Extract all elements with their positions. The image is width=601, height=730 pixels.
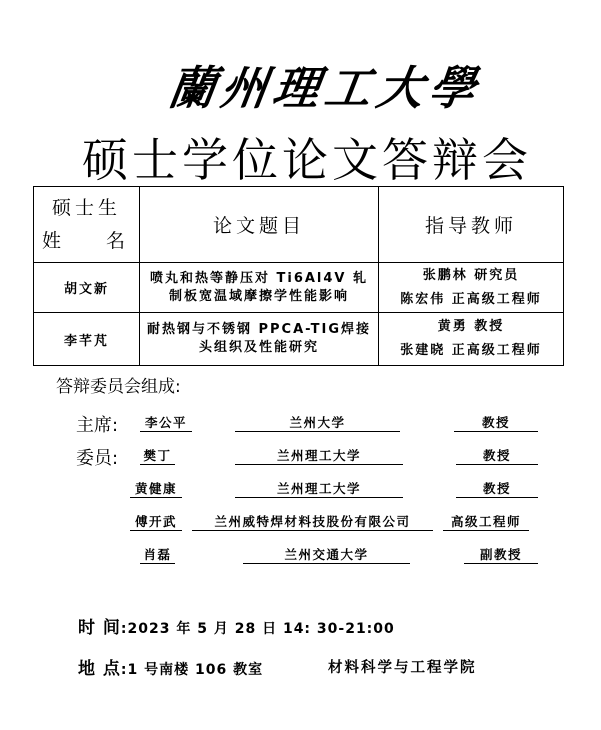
advisor-line2: 张建晓 正高级工程师 <box>379 339 563 363</box>
member-title: 教授 <box>456 481 538 498</box>
header-student-line2a: 姓 <box>42 225 65 258</box>
committee-heading: 答辩委员会组成: <box>56 372 181 397</box>
place-row: 地 点:1 号南楼 106 教室 <box>78 654 263 679</box>
advisor-line2: 陈宏伟 正高级工程师 <box>379 288 563 312</box>
thesis-title: 喷丸和热等静压对 Ti6Al4V 轧 制板宽温域摩擦学性能影响 <box>140 263 379 313</box>
member-title: 教授 <box>456 448 538 465</box>
member-label: 委员: <box>76 444 118 470</box>
table-row: 李芊芃 耐热钢与不锈钢 PPCA-TIG焊接 头组织及性能研究 黄勇 教授 张建… <box>34 313 564 366</box>
advisors: 黄勇 教授 张建晓 正高级工程师 <box>379 313 564 366</box>
advisors: 张鹏林 研究员 陈宏伟 正高级工程师 <box>379 263 564 313</box>
school-name: 材料科学与工程学院 <box>328 656 477 677</box>
thesis-line2: 制板宽温域摩擦学性能影响 <box>146 288 372 306</box>
header-student-line1: 硕士生 <box>34 192 139 225</box>
time-value: :2023 年 5 月 28 日 14: 30-21:00 <box>121 621 395 637</box>
thesis-line1: 喷丸和热等静压对 Ti6Al4V 轧 <box>146 270 372 288</box>
thesis-title: 耐热钢与不锈钢 PPCA-TIG焊接 头组织及性能研究 <box>140 313 379 366</box>
member-org: 兰州理工大学 <box>235 481 403 498</box>
advisor-line1: 张鹏林 研究员 <box>379 264 563 288</box>
university-logo: 蘭州理工大學 <box>166 52 444 112</box>
member-name: 傅开武 <box>130 514 182 531</box>
table-row: 胡文新 喷丸和热等静压对 Ti6Al4V 轧 制板宽温域摩擦学性能影响 张鹏林 … <box>34 263 564 313</box>
table-header-row: 硕士生 姓名 论文题目 指导教师 <box>34 187 564 263</box>
member-org: 兰州交通大学 <box>243 547 410 564</box>
header-student-line2b: 名 <box>106 225 129 258</box>
place-value: :1 号南楼 106 教室 <box>121 662 263 678</box>
header-thesis-title: 论文题目 <box>140 187 379 263</box>
thesis-line1: 耐热钢与不锈钢 PPCA-TIG焊接 <box>146 321 372 339</box>
member-name: 黄健康 <box>130 481 182 498</box>
chair-name: 李公平 <box>140 415 192 432</box>
student-name: 李芊芃 <box>34 313 140 366</box>
member-org: 兰州威特焊材料技股份有限公司 <box>192 514 433 531</box>
header-student-name: 硕士生 姓名 <box>34 187 140 263</box>
chair-title: 教授 <box>454 415 538 432</box>
member-org: 兰州理工大学 <box>235 448 403 465</box>
student-name: 胡文新 <box>34 263 140 313</box>
page-title: 硕士学位论文答辩会 <box>82 124 522 190</box>
member-name: 樊丁 <box>140 448 175 465</box>
chair-org: 兰州大学 <box>235 415 400 432</box>
header-advisor: 指导教师 <box>379 187 564 263</box>
time-label: 时 间 <box>78 618 121 638</box>
place-label: 地 点 <box>78 659 121 679</box>
member-title: 高级工程师 <box>443 514 529 531</box>
thesis-table: 硕士生 姓名 论文题目 指导教师 胡文新 喷丸和热等静压对 Ti6Al4V 轧 … <box>33 186 564 366</box>
time-row: 时 间:2023 年 5 月 28 日 14: 30-21:00 <box>78 613 395 638</box>
chair-label: 主席: <box>76 411 118 437</box>
advisor-line1: 黄勇 教授 <box>379 315 563 339</box>
member-name: 肖磊 <box>140 547 175 564</box>
thesis-line2: 头组织及性能研究 <box>146 339 372 357</box>
member-title: 副教授 <box>464 547 538 564</box>
